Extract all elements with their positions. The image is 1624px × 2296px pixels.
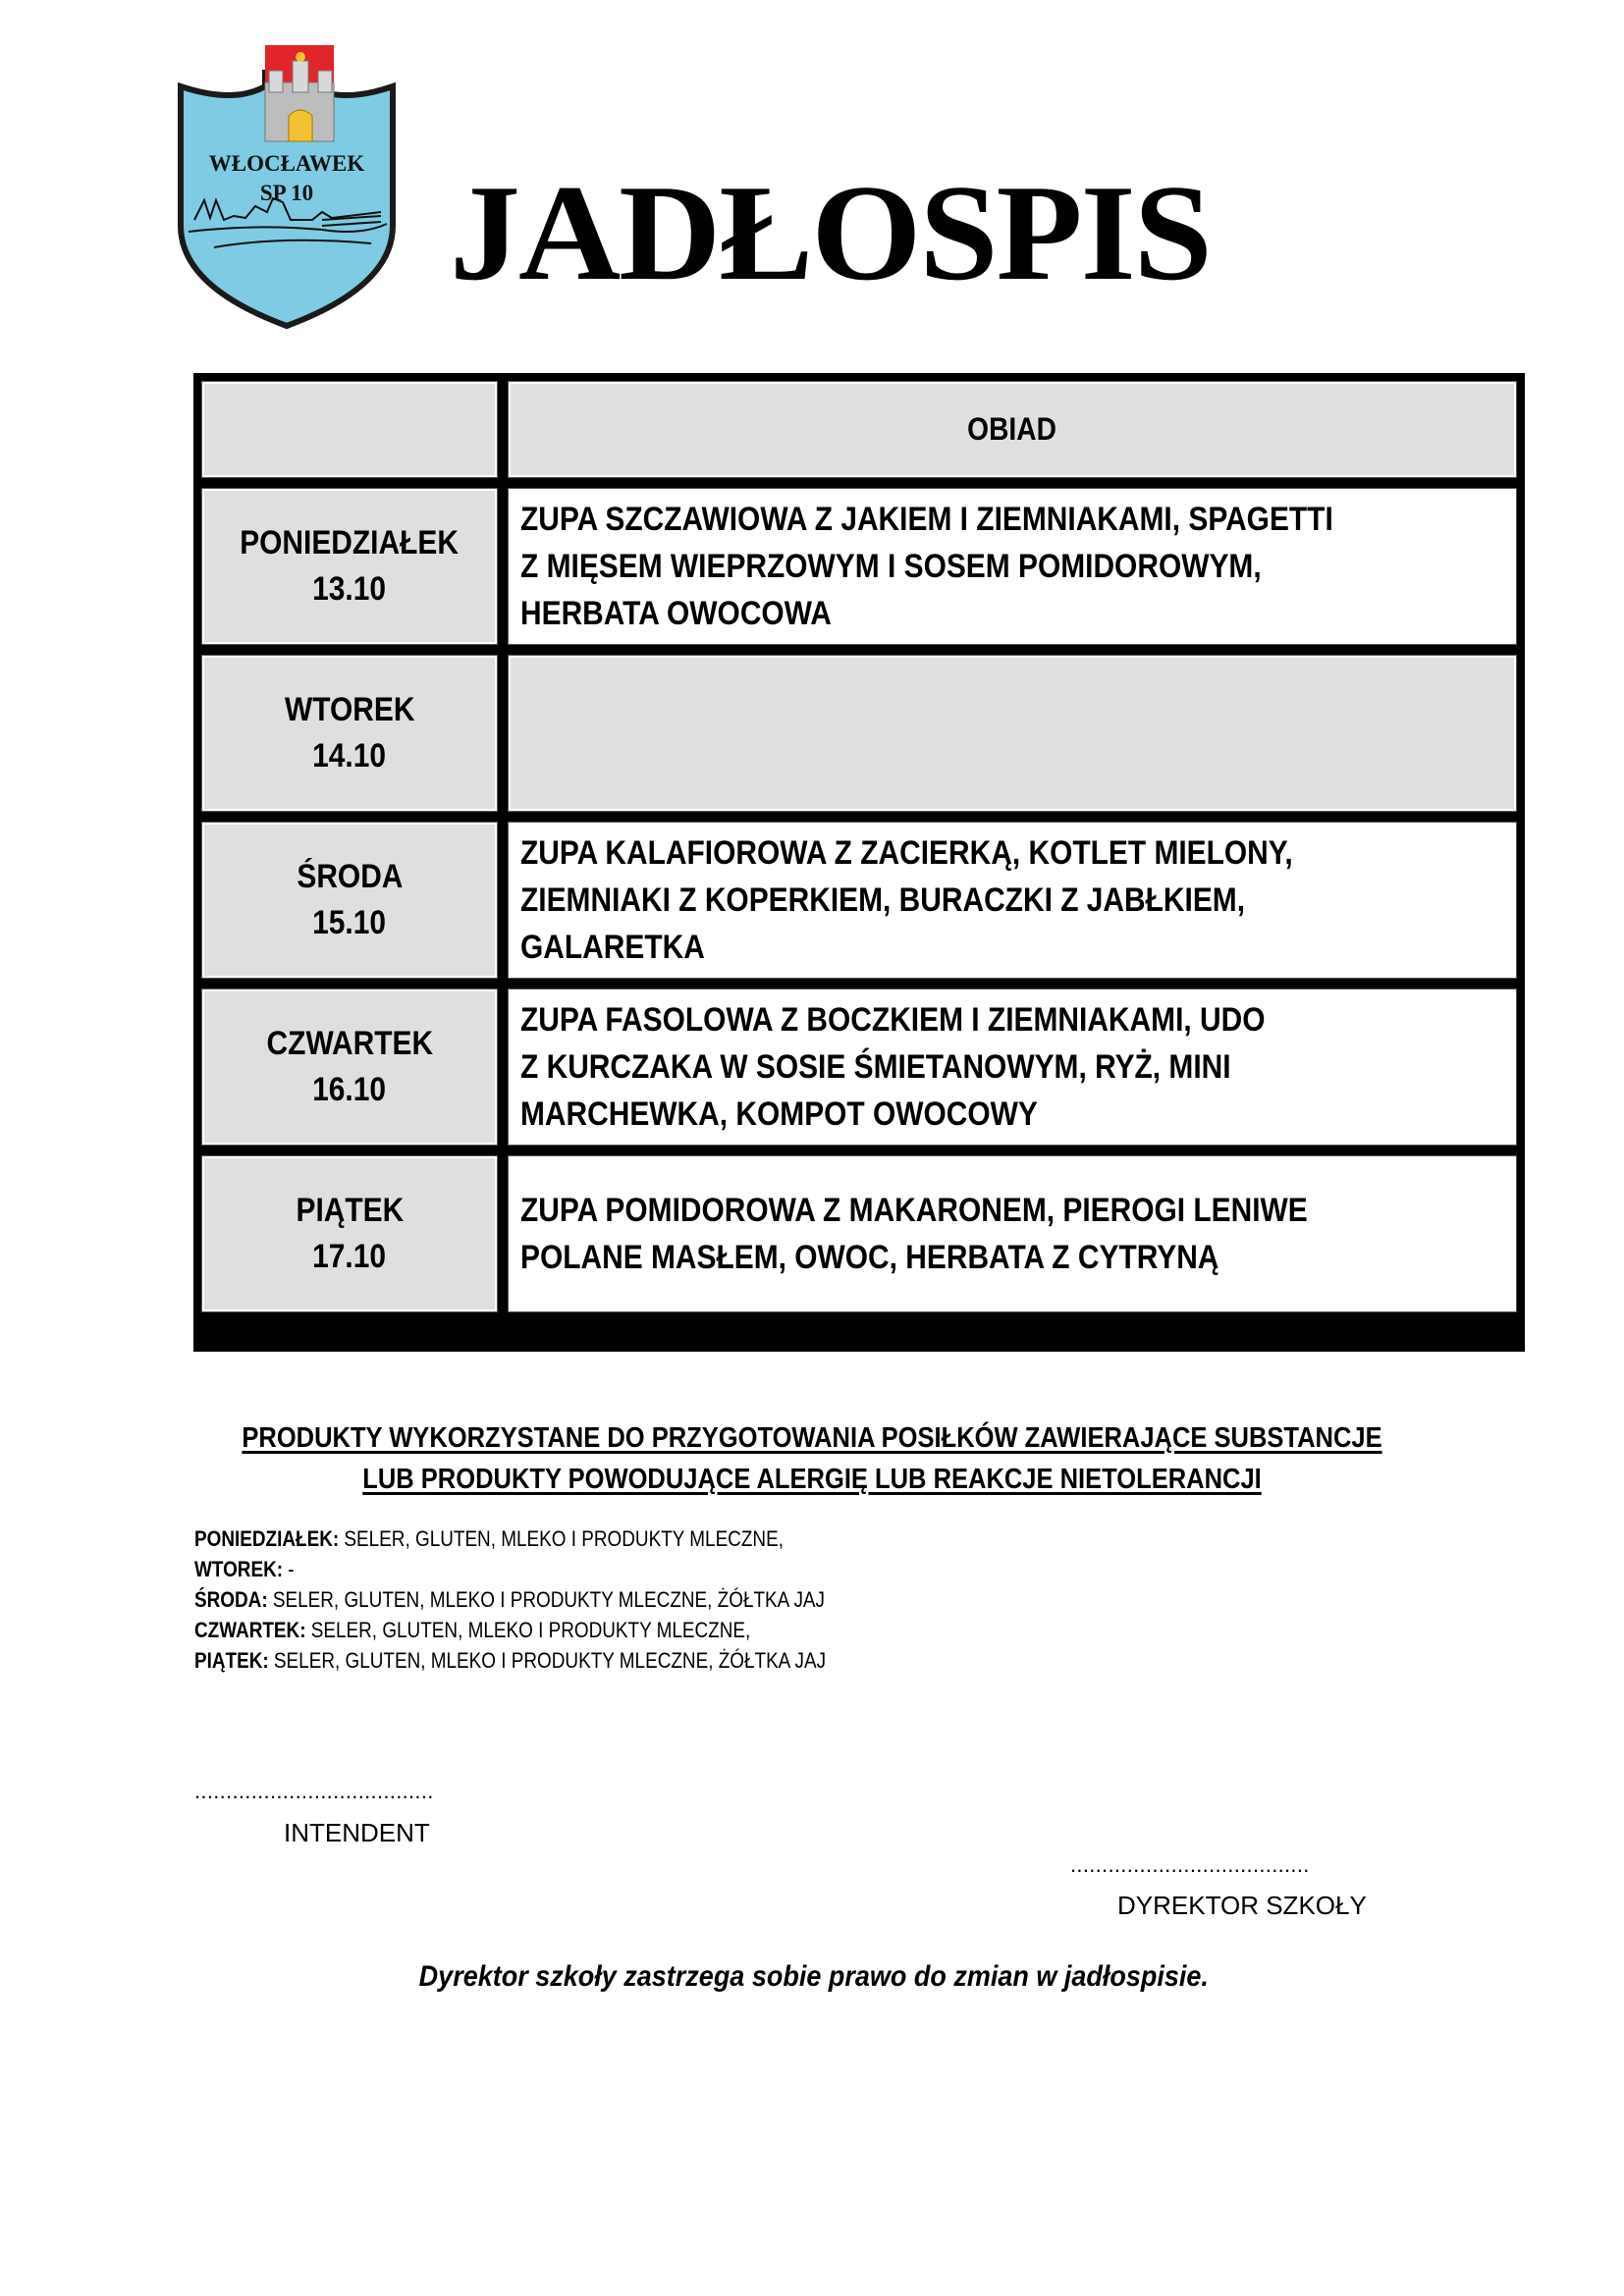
day-date: 16.10 <box>313 1067 387 1113</box>
day-date: 14.10 <box>313 733 387 779</box>
header-obiad-label: OBIAD <box>968 411 1057 448</box>
allergen-row-friday: PIĄTEK: SELER, GLUTEN, MLEKO I PRODUKTY … <box>194 1645 826 1676</box>
allergen-list: PONIEDZIAŁEK: SELER, GLUTEN, MLEKO I PRO… <box>194 1523 929 1676</box>
allergy-heading: PRODUKTY WYKORZYSTANE DO PRZYGOTOWANIA P… <box>157 1417 1467 1500</box>
meal-text: ZUPA KALAFIOROWA Z ZACIERKĄ, KOTLET MIEL… <box>520 829 1293 971</box>
meal-cell-tuesday <box>508 655 1517 812</box>
day-cell-monday: PONIEDZIAŁEK 13.10 <box>201 488 498 645</box>
day-cell-thursday: CZWARTEK 16.10 <box>201 988 498 1146</box>
director-signature-line: ...................................... <box>1070 1852 1310 1878</box>
page-title: JADŁOSPIS <box>450 165 1211 302</box>
meal-cell-friday: ZUPA POMIDOROWA Z MAKARONEM, PIEROGI LEN… <box>508 1155 1517 1312</box>
disclaimer-text: Dyrektor szkoły zastrzega sobie prawo do… <box>419 1960 1209 1994</box>
day-name: PIĄTEK <box>296 1188 404 1234</box>
allergen-day: WTOREK: <box>194 1557 283 1581</box>
allergen-day: PONIEDZIAŁEK: <box>194 1526 339 1551</box>
logo-school-text: SP 10 <box>260 181 313 205</box>
intendent-signature-line: ...................................... <box>194 1779 434 1804</box>
allergen-values: SELER, GLUTEN, MLEKO I PRODUKTY MLECZNE,… <box>269 1648 826 1673</box>
allergen-day: ŚRODA: <box>194 1587 268 1612</box>
day-cell-tuesday: WTOREK 14.10 <box>201 655 498 812</box>
day-date: 17.10 <box>313 1234 387 1280</box>
allergen-values: SELER, GLUTEN, MLEKO I PRODUKTY MLECZNE, <box>306 1618 751 1642</box>
allergen-day: PIĄTEK: <box>194 1648 269 1673</box>
allergen-row-tuesday: WTOREK: - <box>194 1554 826 1584</box>
allergen-values: SELER, GLUTEN, MLEKO I PRODUKTY MLECZNE, <box>339 1526 784 1551</box>
meal-text: ZUPA FASOLOWA Z BOCZKIEM I ZIEMNIAKAMI, … <box>520 996 1265 1138</box>
allergen-row-thursday: CZWARTEK: SELER, GLUTEN, MLEKO I PRODUKT… <box>194 1615 826 1645</box>
meal-cell-wednesday: ZUPA KALAFIOROWA Z ZACIERKĄ, KOTLET MIEL… <box>508 822 1517 979</box>
allergy-heading-line2: LUB PRODUKTY POWODUJĄCE ALERGIĘ LUB REAK… <box>236 1459 1388 1500</box>
allergy-heading-line1: PRODUKTY WYKORZYSTANE DO PRZYGOTOWANIA P… <box>236 1417 1388 1459</box>
header-obiad: OBIAD <box>508 381 1517 478</box>
meal-cell-monday: ZUPA SZCZAWIOWA Z JAKIEM I ZIEMNIAKAMI, … <box>508 488 1517 645</box>
director-label: DYREKTOR SZKOŁY <box>1117 1891 1367 1921</box>
disclaimer-note: Dyrektor szkoły zastrzega sobie prawo do… <box>269 1960 1359 1994</box>
day-cell-friday: PIĄTEK 17.10 <box>201 1155 498 1312</box>
menu-table: OBIAD PONIEDZIAŁEK 13.10 ZUPA SZCZAWIOWA… <box>193 373 1525 1352</box>
day-date: 13.10 <box>313 566 387 613</box>
allergen-row-wednesday: ŚRODA: SELER, GLUTEN, MLEKO I PRODUKTY M… <box>194 1584 826 1615</box>
header-corner-cell <box>201 381 498 478</box>
allergen-day: CZWARTEK: <box>194 1618 306 1642</box>
allergen-values: SELER, GLUTEN, MLEKO I PRODUKTY MLECZNE,… <box>268 1587 825 1612</box>
intendent-label: INTENDENT <box>284 1818 430 1848</box>
school-logo: WŁOCŁAWEK SP 10 <box>175 43 399 330</box>
day-name: WTOREK <box>285 687 414 733</box>
allergen-row-monday: PONIEDZIAŁEK: SELER, GLUTEN, MLEKO I PRO… <box>194 1523 826 1554</box>
day-name: CZWARTEK <box>266 1021 433 1067</box>
day-name: ŚRODA <box>297 854 403 900</box>
day-name: PONIEDZIAŁEK <box>241 520 460 566</box>
meal-text: ZUPA POMIDOROWA Z MAKARONEM, PIEROGI LEN… <box>520 1187 1308 1281</box>
logo-city-text: WŁOCŁAWEK <box>209 151 365 176</box>
meal-cell-thursday: ZUPA FASOLOWA Z BOCZKIEM I ZIEMNIAKAMI, … <box>508 988 1517 1146</box>
day-date: 15.10 <box>313 900 387 946</box>
meal-text: ZUPA SZCZAWIOWA Z JAKIEM I ZIEMNIAKAMI, … <box>520 496 1333 637</box>
day-cell-wednesday: ŚRODA 15.10 <box>201 822 498 979</box>
allergen-values: - <box>283 1557 295 1581</box>
